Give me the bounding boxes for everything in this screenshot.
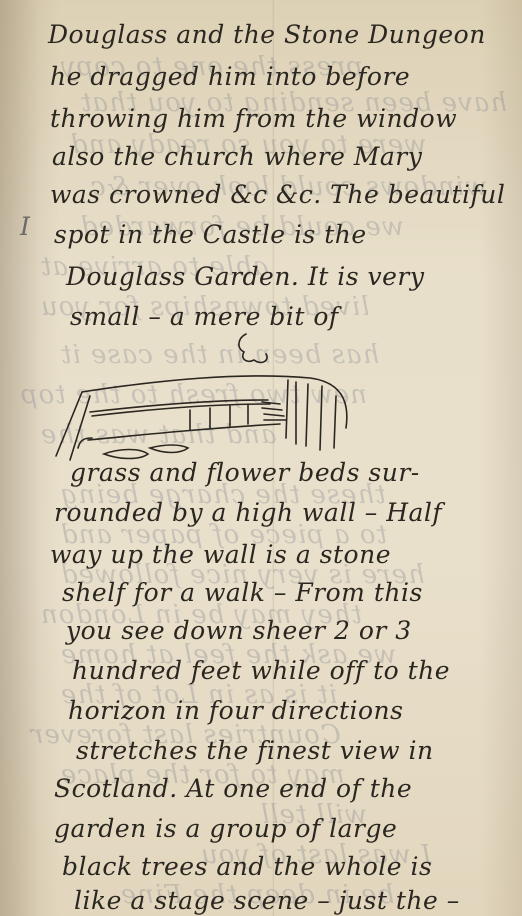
handwritten-text: Douglass and the Stone Dungeon he dragge… <box>0 0 522 916</box>
text-line: throwing him from the window <box>50 104 457 133</box>
margin-mark: I <box>20 212 30 241</box>
text-line: Scotland. At one end of the <box>54 774 412 803</box>
text-line: also the church where Mary <box>52 142 422 171</box>
text-line: garden is a group of large <box>54 814 397 843</box>
text-line: way up the wall is a stone <box>50 540 391 569</box>
text-line: shelf for a walk – From this <box>62 578 423 607</box>
text-line: like a stage scene – just the – <box>74 886 460 915</box>
text-line: you see down sheer 2 or 3 <box>66 616 412 645</box>
text-line: rounded by a high wall – Half <box>54 498 442 527</box>
text-line: horizon in four directions <box>68 696 404 725</box>
text-line: hundred feet while off to the <box>72 656 450 685</box>
letter-page: press the one to copy have been sending … <box>0 0 522 916</box>
text-line: he dragged him into before <box>50 62 410 91</box>
text-line: black trees and the whole is <box>62 852 432 881</box>
text-line: was crowned &c &c. The beautiful <box>50 180 505 209</box>
text-line: grass and flower beds sur- <box>70 458 420 487</box>
text-line: Douglass and the Stone Dungeon <box>48 20 486 49</box>
text-line: stretches the finest view in <box>76 736 434 765</box>
garden-sketch <box>40 320 360 470</box>
text-line: Douglass Garden. It is very <box>66 262 424 291</box>
text-line: spot in the Castle is the <box>54 220 367 249</box>
